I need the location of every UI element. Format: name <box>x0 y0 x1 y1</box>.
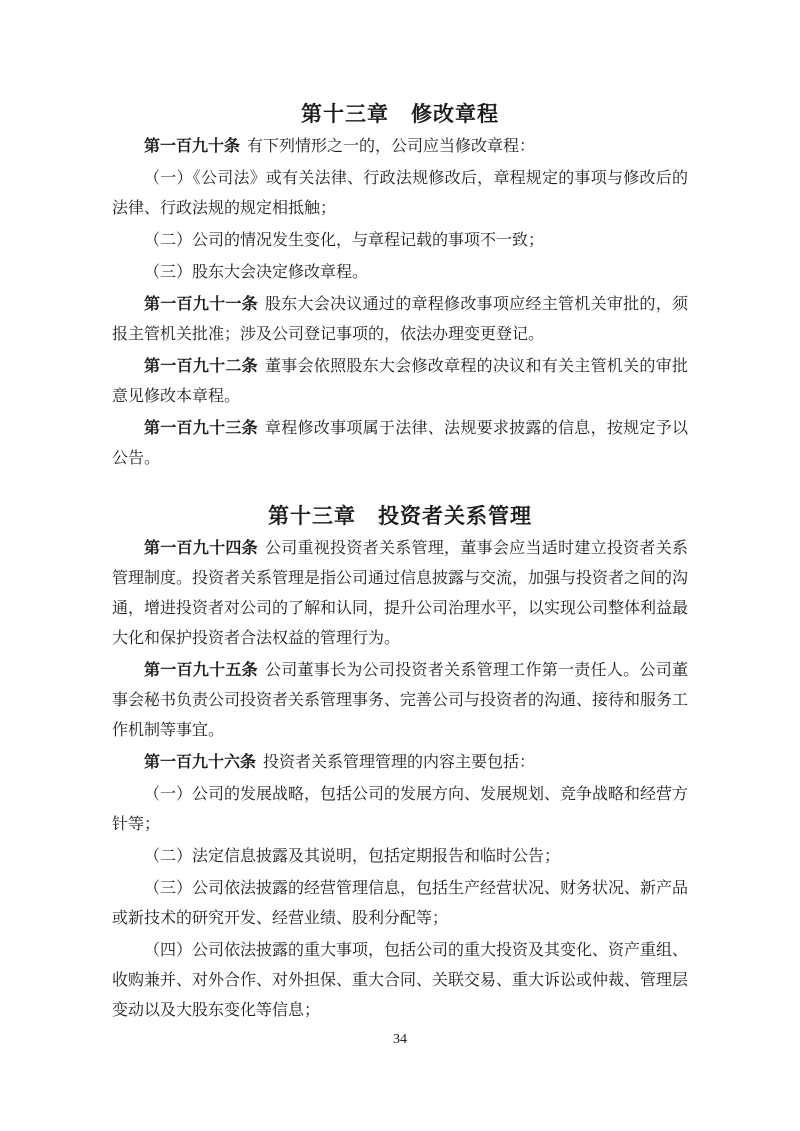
article-number: 第一百九十三条 <box>144 420 265 437</box>
document-content: 第十三章 修改章程 第一百九十条有下列情形之一的，公司应当修改章程： （一）《公… <box>112 96 688 1028</box>
paragraph-text: 投资者关系管理管理的内容主要包括： <box>263 754 535 771</box>
paragraph: 第一百九十二条董事会依照股东大会修改章程的决议和有关主管机关的审批意见修改本章程… <box>112 352 688 412</box>
article-number: 第一百九十五条 <box>144 662 265 679</box>
article-number: 第一百九十二条 <box>144 358 265 375</box>
paragraph: （一）公司的发展战略，包括公司的发展方向、发展规划、竞争战略和经营方针等； <box>112 780 688 840</box>
paragraph-text: （四）公司依法披露的重大事项，包括公司的重大投资及其变化、资产重组、收购兼并、对… <box>112 942 688 1019</box>
paragraph: （三）公司依法披露的经营管理信息，包括生产经营状况、财务状况、新产品或新技术的研… <box>112 874 688 934</box>
paragraph: 第一百九十六条投资者关系管理管理的内容主要包括： <box>112 748 688 778</box>
page-number: 34 <box>0 1028 800 1052</box>
chapter-heading-amendment: 第十三章 修改章程 <box>112 96 688 132</box>
paragraph-text: 有下列情形之一的，公司应当修改章程： <box>247 138 535 155</box>
paragraph: （二）法定信息披露及其说明，包括定期报告和临时公告； <box>112 842 688 872</box>
article-number: 第一百九十条 <box>144 138 247 155</box>
paragraph-text: （三）股东大会决定修改章程。 <box>144 264 368 281</box>
paragraph-text: （三）公司依法披露的经营管理信息，包括生产经营状况、财务状况、新产品或新技术的研… <box>112 880 688 927</box>
paragraph: 第一百九十五条公司董事长为公司投资者关系管理工作第一责任人。公司董事会秘书负责公… <box>112 656 688 746</box>
document-page: 第十三章 修改章程 第一百九十条有下列情形之一的，公司应当修改章程： （一）《公… <box>0 0 800 1131</box>
chapter-heading-investor-relations: 第十三章 投资者关系管理 <box>112 498 688 534</box>
paragraph-text: （一）公司的发展战略，包括公司的发展方向、发展规划、竞争战略和经营方针等； <box>112 786 688 833</box>
paragraph: 第一百九十条有下列情形之一的，公司应当修改章程： <box>112 132 688 162</box>
paragraph: 第一百九十一条股东大会决议通过的章程修改事项应经主管机关审批的，须报主管机关批准… <box>112 290 688 350</box>
paragraph: （三）股东大会决定修改章程。 <box>112 258 688 288</box>
paragraph: 第一百九十三条章程修改事项属于法律、法规要求披露的信息，按规定予以公告。 <box>112 414 688 474</box>
paragraph: （一）《公司法》或有关法律、行政法规修改后，章程规定的事项与修改后的法律、行政法… <box>112 164 688 224</box>
paragraph: 第一百九十四条公司重视投资者关系管理，董事会应当适时建立投资者关系管理制度。投资… <box>112 534 688 654</box>
paragraph-text: （一）《公司法》或有关法律、行政法规修改后，章程规定的事项与修改后的法律、行政法… <box>112 170 688 217</box>
paragraph-text: （二）公司的情况发生变化，与章程记载的事项不一致； <box>144 232 544 249</box>
article-number: 第一百九十六条 <box>144 754 263 771</box>
article-number: 第一百九十一条 <box>144 296 265 313</box>
paragraph-text: （二）法定信息披露及其说明，包括定期报告和临时公告； <box>144 848 560 865</box>
paragraph: （四）公司依法披露的重大事项，包括公司的重大投资及其变化、资产重组、收购兼并、对… <box>112 936 688 1026</box>
article-number: 第一百九十四条 <box>144 540 265 557</box>
paragraph: （二）公司的情况发生变化，与章程记载的事项不一致； <box>112 226 688 256</box>
